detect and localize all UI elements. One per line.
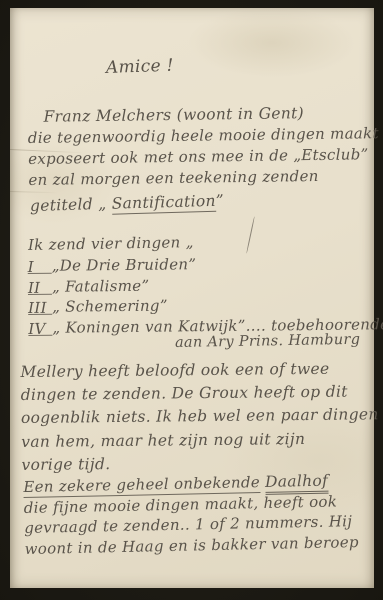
letter-paper: Amice ! Franz Melchers (woont in Gent) d… [10, 8, 374, 588]
salutation: Amice ! [106, 56, 174, 78]
pen-flourish-stroke [246, 216, 255, 253]
paragraph-mellery: Mellery heeft beloofd ook een of twee di… [20, 357, 379, 477]
title-prefix: getiteld „ [30, 195, 112, 215]
list-numeral: IV [28, 319, 52, 335]
list-item-text: „De Drie Bruiden” [52, 255, 197, 275]
paragraph-franz-melchers: Franz Melchers (woont in Gent) die tegen… [27, 102, 379, 191]
list-item-text: „ Fatalisme” [52, 276, 150, 295]
work-title-line: getiteld „ Santification” [30, 192, 224, 215]
artwork-list: I „De Drie Bruiden” II „ Fatalisme” III … [28, 253, 383, 336]
title-suffix: ” [215, 192, 224, 210]
handwritten-line: oogenblik niets. Ik heb wel een paar din… [21, 404, 379, 431]
list-numeral: III [28, 299, 52, 315]
list-item-text: „ Schemering” [52, 297, 168, 316]
list-numeral: II [28, 278, 52, 294]
list-numeral: I [28, 258, 52, 274]
list-intro: Ik zend vier dingen „ [28, 233, 194, 254]
letter-photograph: Amice ! Franz Melchers (woont in Gent) d… [0, 0, 383, 600]
work-title-underlined: Santification [111, 192, 216, 215]
list-continuation: aan Ary Prins. Hamburg [175, 332, 361, 351]
paragraph-daalhof: Een zekere geheel onbekende Daalhof die … [23, 470, 359, 559]
handwritten-line: en zal morgen een teekening zenden [28, 165, 379, 191]
paper-crease [10, 191, 58, 193]
